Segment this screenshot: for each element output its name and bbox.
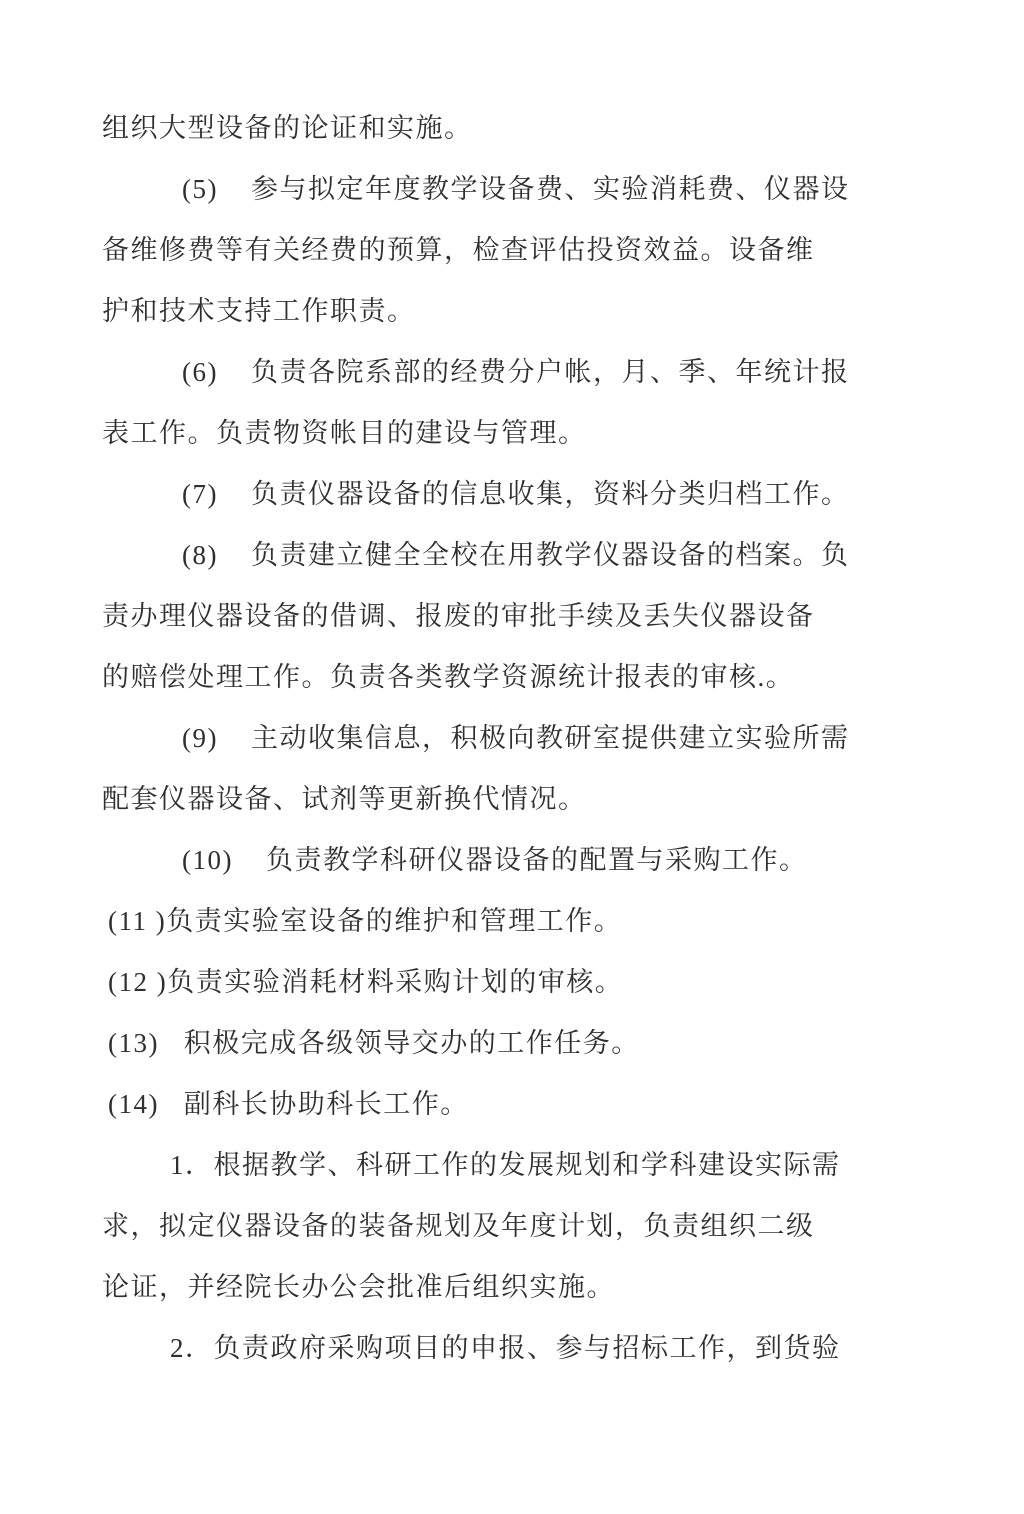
text-line: (11 )负责实验室设备的维护和管理工作。 bbox=[102, 891, 892, 952]
document-lines: 组织大型设备的论证和实施。(5) 参与拟定年度教学设备费、实验消耗费、仪器设备维… bbox=[102, 98, 892, 1379]
text-line: (8) 负责建立健全全校在用教学仪器设备的档案。负 bbox=[102, 525, 892, 586]
text-line: 1．根据教学、科研工作的发展规划和学科建设实际需 bbox=[102, 1135, 892, 1196]
text-line: (13) 积极完成各级领导交办的工作任务。 bbox=[102, 1013, 892, 1074]
text-line: 2．负责政府采购项目的申报、参与招标工作，到货验 bbox=[102, 1318, 892, 1379]
document-page: 组织大型设备的论证和实施。(5) 参与拟定年度教学设备费、实验消耗费、仪器设备维… bbox=[0, 0, 1024, 1514]
text-line: 备维修费等有关经费的预算，检查评估投资效益。设备维 bbox=[102, 220, 892, 281]
text-line: (12 )负责实验消耗材料采购计划的审核。 bbox=[102, 952, 892, 1013]
text-line: (6) 负责各院系部的经费分户帐，月、季、年统计报 bbox=[102, 342, 892, 403]
text-line: 护和技术支持工作职责。 bbox=[102, 281, 892, 342]
text-line: 的赔偿处理工作。负责各类教学资源统计报表的审核.。 bbox=[102, 647, 892, 708]
text-line: (14) 副科长协助科长工作。 bbox=[102, 1074, 892, 1135]
text-line: (5) 参与拟定年度教学设备费、实验消耗费、仪器设 bbox=[102, 159, 892, 220]
text-line: 论证，并经院长办公会批准后组织实施。 bbox=[102, 1257, 892, 1318]
text-line: 求，拟定仪器设备的装备规划及年度计划，负责组织二级 bbox=[102, 1196, 892, 1257]
text-line: (7) 负责仪器设备的信息收集，资料分类归档工作。 bbox=[102, 464, 892, 525]
text-line: 责办理仪器设备的借调、报废的审批手续及丢失仪器设备 bbox=[102, 586, 892, 647]
text-line: (10) 负责教学科研仪器设备的配置与采购工作。 bbox=[102, 830, 892, 891]
text-line: 表工作。负责物资帐目的建设与管理。 bbox=[102, 403, 892, 464]
text-line: (9) 主动收集信息，积极向教研室提供建立实验所需 bbox=[102, 708, 892, 769]
text-line: 组织大型设备的论证和实施。 bbox=[102, 98, 892, 159]
text-line: 配套仪器设备、试剂等更新换代情况。 bbox=[102, 769, 892, 830]
